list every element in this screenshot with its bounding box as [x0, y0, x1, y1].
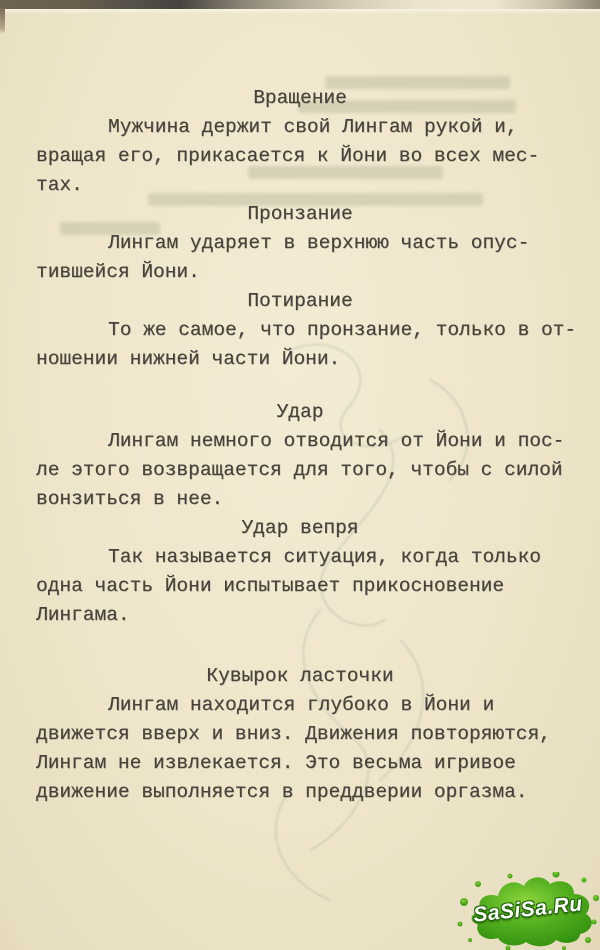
scanned-page: Вращение Мужчина держит свой Лингам руко…: [0, 0, 600, 950]
section-heading: Потирание: [36, 287, 564, 316]
text-line: тах.: [36, 171, 564, 200]
text-line: одна часть Йони испытывает прикосновение: [36, 572, 564, 601]
text-line: Лингам не извлекается. Это весьма игриво…: [36, 749, 564, 778]
text-line: Лингам находится глубоко в Йони и: [36, 691, 564, 720]
section-heading: Удар вепря: [36, 514, 564, 543]
scan-top-edge: [0, 0, 600, 9]
text-line: движется вверх и вниз. Движения повторяю…: [36, 720, 564, 749]
text-line: вращая его, прикасается к Йони во всех м…: [36, 142, 564, 171]
text-line: Мужчина держит свой Лингам рукой и,: [36, 113, 564, 142]
section-potiranie: Потирание То же самое, что пронзание, то…: [36, 287, 564, 374]
text-line: Лингама.: [36, 601, 564, 630]
section-heading: Удар: [36, 398, 564, 427]
page-text: Вращение Мужчина держит свой Лингам руко…: [36, 84, 564, 807]
section-udar-veprya: Удар вепря Так называется ситуация, когд…: [36, 514, 564, 630]
section-kuvyrok-lastochki: Кувырок ласточки Лингам находится глубок…: [36, 662, 564, 807]
section-heading: Кувырок ласточки: [36, 662, 564, 691]
text-line: ле этого возвращается для того, чтобы с …: [36, 456, 564, 485]
scan-corner-shadow: [0, 8, 5, 34]
text-line: вонзиться в нее.: [36, 485, 564, 514]
text-line: Лингам ударяет в верхнюю часть опус-: [36, 229, 564, 258]
text-line: То же самое, что пронзание, только в от-: [36, 316, 564, 345]
text-line: Так называется ситуация, когда только: [36, 543, 564, 572]
page-edge-highlight: [0, 9, 600, 14]
text-line: движение выполняется в преддверии оргазм…: [36, 778, 564, 807]
section-pronzanie: Пронзание Лингам ударяет в верхнюю часть…: [36, 200, 564, 287]
text-line: ношении нижней части Йони.: [36, 345, 564, 374]
watermark: SaSiSa.Ru: [452, 872, 600, 950]
text-line: Лингам немного отводится от Йони и пос-: [36, 427, 564, 456]
section-vrashchenie: Вращение Мужчина держит свой Лингам руко…: [36, 84, 564, 200]
section-heading: Пронзание: [36, 200, 564, 229]
text-line: тившейся Йони.: [36, 258, 564, 287]
section-udar: Удар Лингам немного отводится от Йони и …: [36, 398, 564, 514]
section-heading: Вращение: [36, 84, 564, 113]
